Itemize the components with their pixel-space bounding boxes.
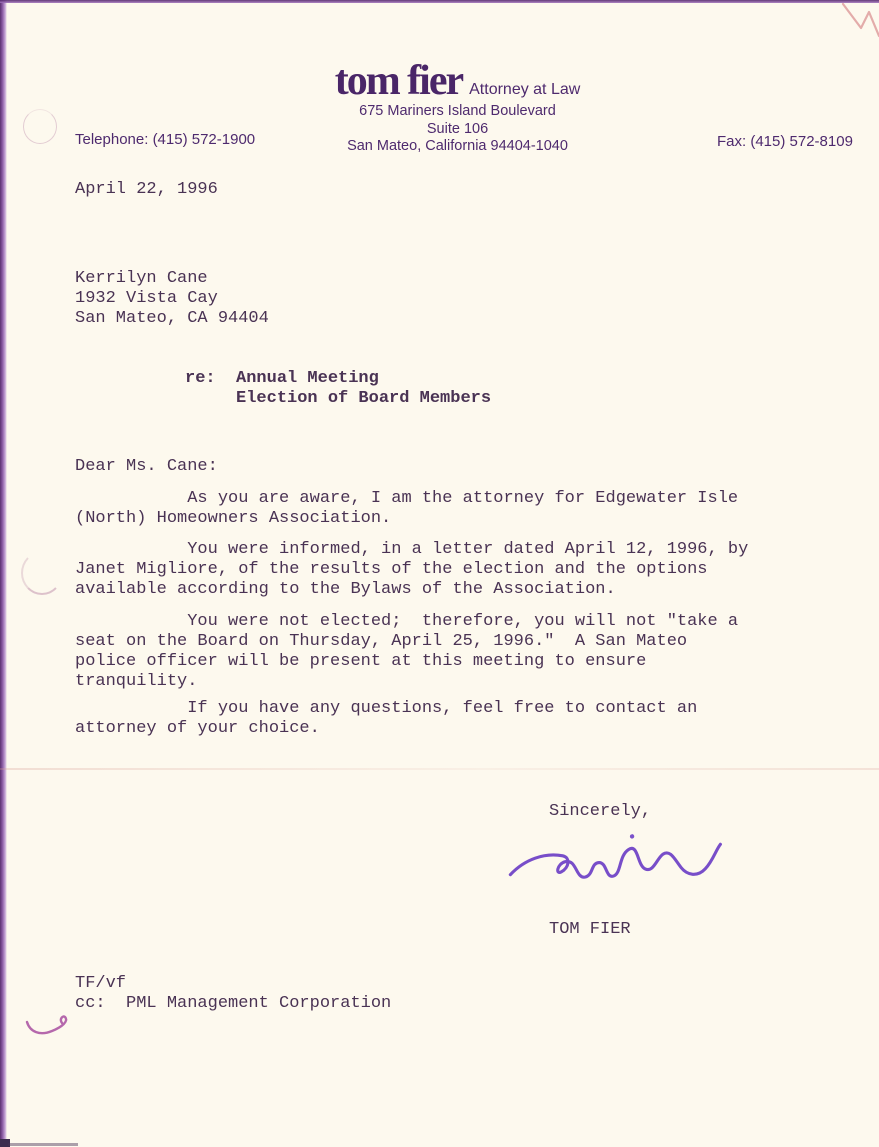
re-subject-block: re: Annual Meeting Election of Board Mem…	[185, 369, 491, 409]
telephone-number: Telephone: (415) 572-1900	[75, 131, 255, 148]
body-paragraph-4: If you have any questions, feel free to …	[75, 699, 697, 739]
handwritten-signature	[504, 820, 727, 906]
body-paragraph-2: You were informed, in a letter dated Apr…	[75, 540, 748, 600]
scan-bottom-streak	[8, 1143, 78, 1146]
firm-address-line3: San Mateo, California 94404-1040	[335, 139, 581, 155]
hole-punch-mark-middle	[21, 551, 63, 595]
firm-address-line2: Suite 106	[335, 122, 581, 138]
body-paragraph-3: You were not elected; therefore, you wil…	[75, 612, 738, 692]
date-line: April 22, 1996	[75, 180, 218, 200]
salutation: Dear Ms. Cane:	[75, 457, 218, 477]
firm-title: Attorney at Law	[469, 81, 580, 98]
cc-line: cc: PML Management Corporation	[75, 994, 391, 1014]
scan-edge-top	[0, 0, 879, 3]
typist-initials-line: TF/vf	[75, 974, 126, 994]
paper-fold-line	[0, 768, 879, 770]
corner-pencil-mark	[835, 2, 879, 50]
scan-edge-left	[0, 0, 7, 1147]
recipient-address-block: Kerrilyn Cane 1932 Vista Cay San Mateo, …	[75, 269, 269, 329]
firm-name: tom fier	[335, 58, 462, 104]
signed-name: TOM FIER	[549, 920, 631, 940]
body-paragraph-1: As you are aware, I am the attorney for …	[75, 489, 738, 529]
bottom-squiggle-mark	[24, 1012, 74, 1042]
firm-address-line1: 675 Mariners Island Boulevard	[335, 104, 581, 120]
closing-line: Sincerely,	[549, 802, 651, 822]
fax-number: Fax: (415) 572-8109	[717, 133, 853, 150]
scanned-letter-page: tom fierAttorney at Law 675 Mariners Isl…	[0, 0, 879, 1147]
